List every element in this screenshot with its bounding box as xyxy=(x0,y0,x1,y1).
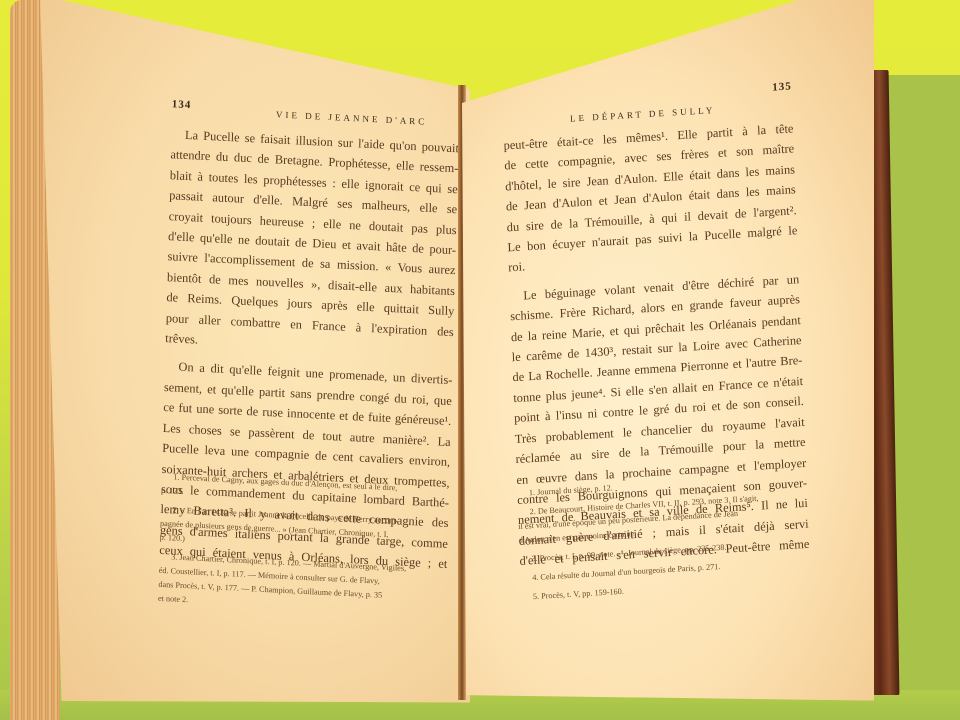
right-page-content: 135 LE DÉPART DE SULLY peut-être était-c… xyxy=(502,92,792,109)
running-head: VIE DE JEANNE D'ARC xyxy=(242,108,462,129)
left-page: 134 VIE DE JEANNE D'ARC La Pucelle se fa… xyxy=(40,0,470,710)
left-page-content: 134 VIE DE JEANNE D'ARC La Pucelle se fa… xyxy=(172,98,460,112)
right-page: 135 LE DÉPART DE SULLY peut-être était-c… xyxy=(462,0,874,709)
footnotes: 1. Perceval de Cagny, aux gages du duc d… xyxy=(158,470,450,620)
page-number: 134 xyxy=(172,98,192,111)
running-head: LE DÉPART DE SULLY xyxy=(542,103,742,125)
page-number: 135 xyxy=(772,80,792,93)
footnotes: 1. Journal du siège, p. 12. 2. De Beauco… xyxy=(517,470,811,605)
